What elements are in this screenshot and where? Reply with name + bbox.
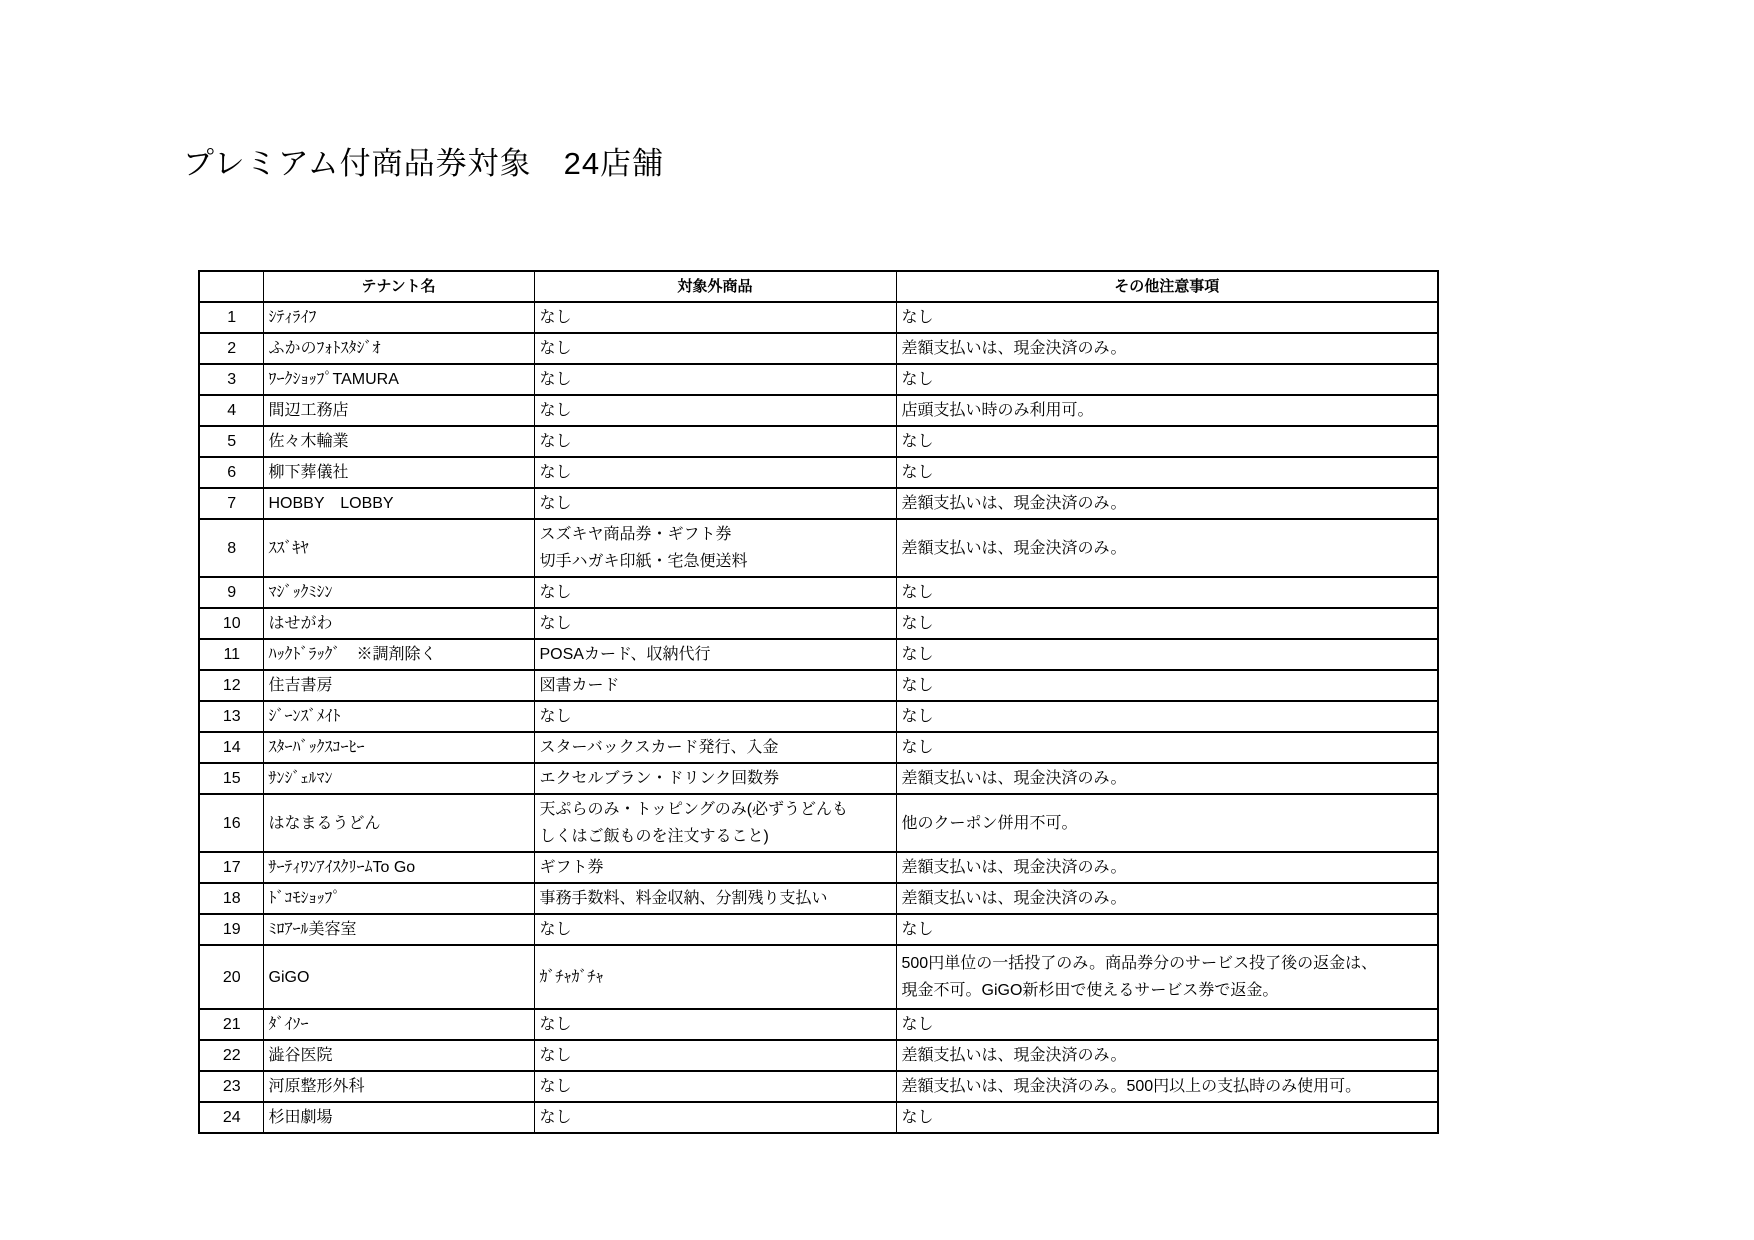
tenant-name-cell: ﾊｯｸﾄﾞﾗｯｸﾞ ※調剤除く: [263, 639, 534, 670]
notes-cell: 差額支払いは、現金決済のみ。: [896, 333, 1438, 364]
excluded-products-cell: スターバックスカード発行、入金: [534, 732, 896, 763]
excluded-products-cell: なし: [534, 488, 896, 519]
notes-cell: なし: [896, 608, 1438, 639]
table-row: 4 間辺工務店 なし 店頭支払い時のみ利用可。: [199, 395, 1438, 426]
notes-cell: なし: [896, 670, 1438, 701]
notes-cell: なし: [896, 364, 1438, 395]
col-header-tenant: テナント名: [263, 271, 534, 302]
row-number-cell: 1: [199, 302, 263, 333]
document-page: プレミアム付商品券対象 24店舗 テナント名 対象外商品 その他注意事項 1 ｼ…: [0, 0, 1754, 1240]
row-number-cell: 9: [199, 577, 263, 608]
table-row: 7 HOBBY LOBBY なし 差額支払いは、現金決済のみ。: [199, 488, 1438, 519]
table-row: 2 ふかのﾌｫﾄｽﾀｼﾞｵ なし 差額支払いは、現金決済のみ。: [199, 333, 1438, 364]
notes-cell: 差額支払いは、現金決済のみ。: [896, 852, 1438, 883]
row-number-cell: 2: [199, 333, 263, 364]
page-title: プレミアム付商品券対象 24店舗: [183, 138, 664, 183]
row-number-cell: 16: [199, 794, 263, 852]
col-header-notes: その他注意事項: [896, 271, 1438, 302]
excluded-products-cell: なし: [534, 302, 896, 333]
tenant-name-cell: 住吉書房: [263, 670, 534, 701]
excluded-products-cell: エクセルブラン・ドリンク回数券: [534, 763, 896, 794]
excluded-products-cell: なし: [534, 426, 896, 457]
excluded-products-cell: なし: [534, 364, 896, 395]
row-number-cell: 3: [199, 364, 263, 395]
tenant-name-cell: GiGO: [263, 945, 534, 1009]
col-header-excluded: 対象外商品: [534, 271, 896, 302]
notes-cell: 差額支払いは、現金決済のみ。: [896, 763, 1438, 794]
row-number-cell: 23: [199, 1071, 263, 1102]
row-number-cell: 13: [199, 701, 263, 732]
table-row: 10 はせがわ なし なし: [199, 608, 1438, 639]
excluded-products-cell: 天ぷらのみ・トッピングのみ(必ずうどんも しくはご飯ものを注文すること): [534, 794, 896, 852]
table-row: 19 ﾐﾛｱｰﾙ美容室 なし なし: [199, 914, 1438, 945]
tenant-name-cell: ｻｰﾃｨﾜﾝｱｲｽｸﾘｰﾑTo Go: [263, 852, 534, 883]
excluded-products-cell: なし: [534, 1071, 896, 1102]
row-number-cell: 5: [199, 426, 263, 457]
notes-cell: 差額支払いは、現金決済のみ。: [896, 1040, 1438, 1071]
table-row: 15 ｻﾝｼﾞｪﾙﾏﾝ エクセルブラン・ドリンク回数券 差額支払いは、現金決済の…: [199, 763, 1438, 794]
table-row: 9 ﾏｼﾞｯｸﾐｼﾝ なし なし: [199, 577, 1438, 608]
table-row: 14 ｽﾀｰﾊﾞｯｸｽｺｰﾋｰ スターバックスカード発行、入金 なし: [199, 732, 1438, 763]
excluded-products-cell: なし: [534, 1040, 896, 1071]
tenant-name-cell: ｻﾝｼﾞｪﾙﾏﾝ: [263, 763, 534, 794]
row-number-cell: 11: [199, 639, 263, 670]
tenant-name-cell: 間辺工務店: [263, 395, 534, 426]
excluded-products-cell: なし: [534, 395, 896, 426]
tenant-name-cell: HOBBY LOBBY: [263, 488, 534, 519]
table-row: 5 佐々木輪業 なし なし: [199, 426, 1438, 457]
row-number-cell: 17: [199, 852, 263, 883]
table-row: 11 ﾊｯｸﾄﾞﾗｯｸﾞ ※調剤除く POSAカード、収納代行 なし: [199, 639, 1438, 670]
table-row: 16 はなまるうどん 天ぷらのみ・トッピングのみ(必ずうどんも しくはご飯ものを…: [199, 794, 1438, 852]
row-number-cell: 12: [199, 670, 263, 701]
tenant-name-cell: ｼﾃｨﾗｲﾌ: [263, 302, 534, 333]
excluded-products-cell: 事務手数料、料金収納、分割残り支払い: [534, 883, 896, 914]
tenant-name-cell: はなまるうどん: [263, 794, 534, 852]
col-header-number: [199, 271, 263, 302]
notes-cell: 差額支払いは、現金決済のみ。: [896, 519, 1438, 577]
row-number-cell: 4: [199, 395, 263, 426]
table-row: 17 ｻｰﾃｨﾜﾝｱｲｽｸﾘｰﾑTo Go ギフト券 差額支払いは、現金決済のみ…: [199, 852, 1438, 883]
notes-cell: なし: [896, 701, 1438, 732]
excluded-products-cell: 図書カード: [534, 670, 896, 701]
tenant-name-cell: ﾄﾞｺﾓｼｮｯﾌﾟ: [263, 883, 534, 914]
notes-cell: なし: [896, 426, 1438, 457]
row-number-cell: 18: [199, 883, 263, 914]
row-number-cell: 22: [199, 1040, 263, 1071]
notes-cell: なし: [896, 732, 1438, 763]
row-number-cell: 6: [199, 457, 263, 488]
excluded-products-cell: なし: [534, 914, 896, 945]
tenant-name-cell: ｽﾀｰﾊﾞｯｸｽｺｰﾋｰ: [263, 732, 534, 763]
tenant-name-cell: ﾀﾞｲｿｰ: [263, 1009, 534, 1040]
excluded-products-cell: POSAカード、収納代行: [534, 639, 896, 670]
tenant-name-cell: 杉田劇場: [263, 1102, 534, 1133]
row-number-cell: 19: [199, 914, 263, 945]
excluded-products-cell: ギフト券: [534, 852, 896, 883]
excluded-products-cell: なし: [534, 608, 896, 639]
row-number-cell: 14: [199, 732, 263, 763]
table-row: 20 GiGO ｶﾞﾁｬｶﾞﾁｬ 500円単位の一括投了のみ。商品券分のサービス…: [199, 945, 1438, 1009]
table-row: 22 澁谷医院 なし 差額支払いは、現金決済のみ。: [199, 1040, 1438, 1071]
row-number-cell: 7: [199, 488, 263, 519]
excluded-products-cell: なし: [534, 1009, 896, 1040]
row-number-cell: 21: [199, 1009, 263, 1040]
excluded-products-cell: ｶﾞﾁｬｶﾞﾁｬ: [534, 945, 896, 1009]
tenant-name-cell: 澁谷医院: [263, 1040, 534, 1071]
excluded-products-cell: なし: [534, 701, 896, 732]
table-row: 13 ｼﾞｰﾝｽﾞﾒｲﾄ なし なし: [199, 701, 1438, 732]
notes-cell: なし: [896, 577, 1438, 608]
tenant-name-cell: 河原整形外科: [263, 1071, 534, 1102]
table-row: 8 ｽｽﾞｷﾔ スズキヤ商品券・ギフト券 切手ハガキ印紙・宅急便送料 差額支払い…: [199, 519, 1438, 577]
excluded-products-cell: なし: [534, 577, 896, 608]
table-row: 24 杉田劇場 なし なし: [199, 1102, 1438, 1133]
notes-cell: なし: [896, 1009, 1438, 1040]
table-row: 3 ﾜｰｸｼｮｯﾌﾟTAMURA なし なし: [199, 364, 1438, 395]
tenant-name-cell: 柳下葬儀社: [263, 457, 534, 488]
notes-cell: 店頭支払い時のみ利用可。: [896, 395, 1438, 426]
tenant-name-cell: はせがわ: [263, 608, 534, 639]
notes-cell: なし: [896, 1102, 1438, 1133]
notes-cell: 差額支払いは、現金決済のみ。500円以上の支払時のみ使用可。: [896, 1071, 1438, 1102]
excluded-products-cell: なし: [534, 1102, 896, 1133]
notes-cell: なし: [896, 457, 1438, 488]
tenant-name-cell: ｽｽﾞｷﾔ: [263, 519, 534, 577]
row-number-cell: 8: [199, 519, 263, 577]
table-row: 23 河原整形外科 なし 差額支払いは、現金決済のみ。500円以上の支払時のみ使…: [199, 1071, 1438, 1102]
notes-cell: 差額支払いは、現金決済のみ。: [896, 488, 1438, 519]
table-row: 12 住吉書房 図書カード なし: [199, 670, 1438, 701]
tenant-name-cell: 佐々木輪業: [263, 426, 534, 457]
table-row: 1 ｼﾃｨﾗｲﾌ なし なし: [199, 302, 1438, 333]
store-table-body: 1 ｼﾃｨﾗｲﾌ なし なし 2 ふかのﾌｫﾄｽﾀｼﾞｵ なし 差額支払いは、現…: [199, 302, 1438, 1133]
table-row: 6 柳下葬儀社 なし なし: [199, 457, 1438, 488]
tenant-name-cell: ﾏｼﾞｯｸﾐｼﾝ: [263, 577, 534, 608]
excluded-products-cell: なし: [534, 333, 896, 364]
store-table: テナント名 対象外商品 その他注意事項 1 ｼﾃｨﾗｲﾌ なし なし 2 ふかの…: [198, 270, 1439, 1134]
notes-cell: なし: [896, 639, 1438, 670]
header-row: テナント名 対象外商品 その他注意事項: [199, 271, 1438, 302]
notes-cell: 500円単位の一括投了のみ。商品券分のサービス投了後の返金は、 現金不可。GiG…: [896, 945, 1438, 1009]
notes-cell: なし: [896, 914, 1438, 945]
tenant-name-cell: ﾐﾛｱｰﾙ美容室: [263, 914, 534, 945]
row-number-cell: 10: [199, 608, 263, 639]
excluded-products-cell: なし: [534, 457, 896, 488]
notes-cell: なし: [896, 302, 1438, 333]
tenant-name-cell: ﾜｰｸｼｮｯﾌﾟTAMURA: [263, 364, 534, 395]
table-row: 18 ﾄﾞｺﾓｼｮｯﾌﾟ 事務手数料、料金収納、分割残り支払い 差額支払いは、現…: [199, 883, 1438, 914]
tenant-name-cell: ｼﾞｰﾝｽﾞﾒｲﾄ: [263, 701, 534, 732]
excluded-products-cell: スズキヤ商品券・ギフト券 切手ハガキ印紙・宅急便送料: [534, 519, 896, 577]
row-number-cell: 20: [199, 945, 263, 1009]
notes-cell: 差額支払いは、現金決済のみ。: [896, 883, 1438, 914]
notes-cell: 他のクーポン併用不可。: [896, 794, 1438, 852]
row-number-cell: 24: [199, 1102, 263, 1133]
store-table-header: テナント名 対象外商品 その他注意事項: [199, 271, 1438, 302]
table-row: 21 ﾀﾞｲｿｰ なし なし: [199, 1009, 1438, 1040]
row-number-cell: 15: [199, 763, 263, 794]
tenant-name-cell: ふかのﾌｫﾄｽﾀｼﾞｵ: [263, 333, 534, 364]
